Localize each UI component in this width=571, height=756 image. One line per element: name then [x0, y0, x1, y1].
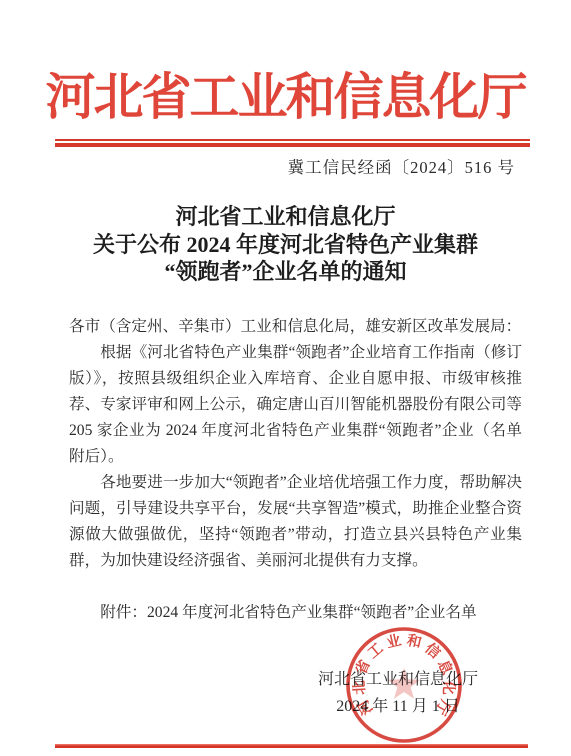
notice-body: 各市（含定州、辛集市）工业和信息化局，雄安新区改革发展局： 根据《河北省特色产业…	[69, 314, 522, 626]
seal-text-char: 北	[351, 679, 369, 695]
notice-title-line1: 河北省工业和信息化厅	[0, 203, 571, 231]
letterhead-agency-name: 河北省工业和信息化厅	[0, 70, 571, 125]
salutation-line: 各市（含定州、辛集市）工业和信息化局，雄安新区改革发展局：	[69, 314, 522, 340]
seal-text-char: 化	[439, 679, 458, 696]
official-seal: 河北省工业和信息化厅	[342, 623, 466, 747]
header-divider-thick-line	[55, 143, 530, 147]
notice-title-line3: “领跑者”企业名单的通知	[0, 258, 571, 286]
notice-title: 河北省工业和信息化厅 关于公布 2024 年度河北省特色产业集群 “领跑者”企业…	[0, 203, 571, 286]
document-number: 冀工信民经函〔2024〕516 号	[288, 158, 515, 178]
paragraph-determination: 根据《河北省特色产业集群“领跑者”企业培育工作指南（修订版）》，按照县级组织企业…	[69, 340, 522, 470]
notice-title-line2: 关于公布 2024 年度河北省特色产业集群	[0, 231, 571, 259]
paragraph-requirements: 各地要进一步加大“领跑者”企业培优培强工作力度，帮助解决问题，引导建设共享平台，…	[69, 470, 522, 574]
header-divider	[55, 139, 530, 147]
seal-star	[388, 668, 420, 699]
seal-text-char: 和	[405, 631, 423, 652]
document-page: 河北省工业和信息化厅 冀工信民经函〔2024〕516 号 河北省工业和信息化厅 …	[0, 0, 571, 756]
seal-text-char: 业	[385, 632, 404, 652]
